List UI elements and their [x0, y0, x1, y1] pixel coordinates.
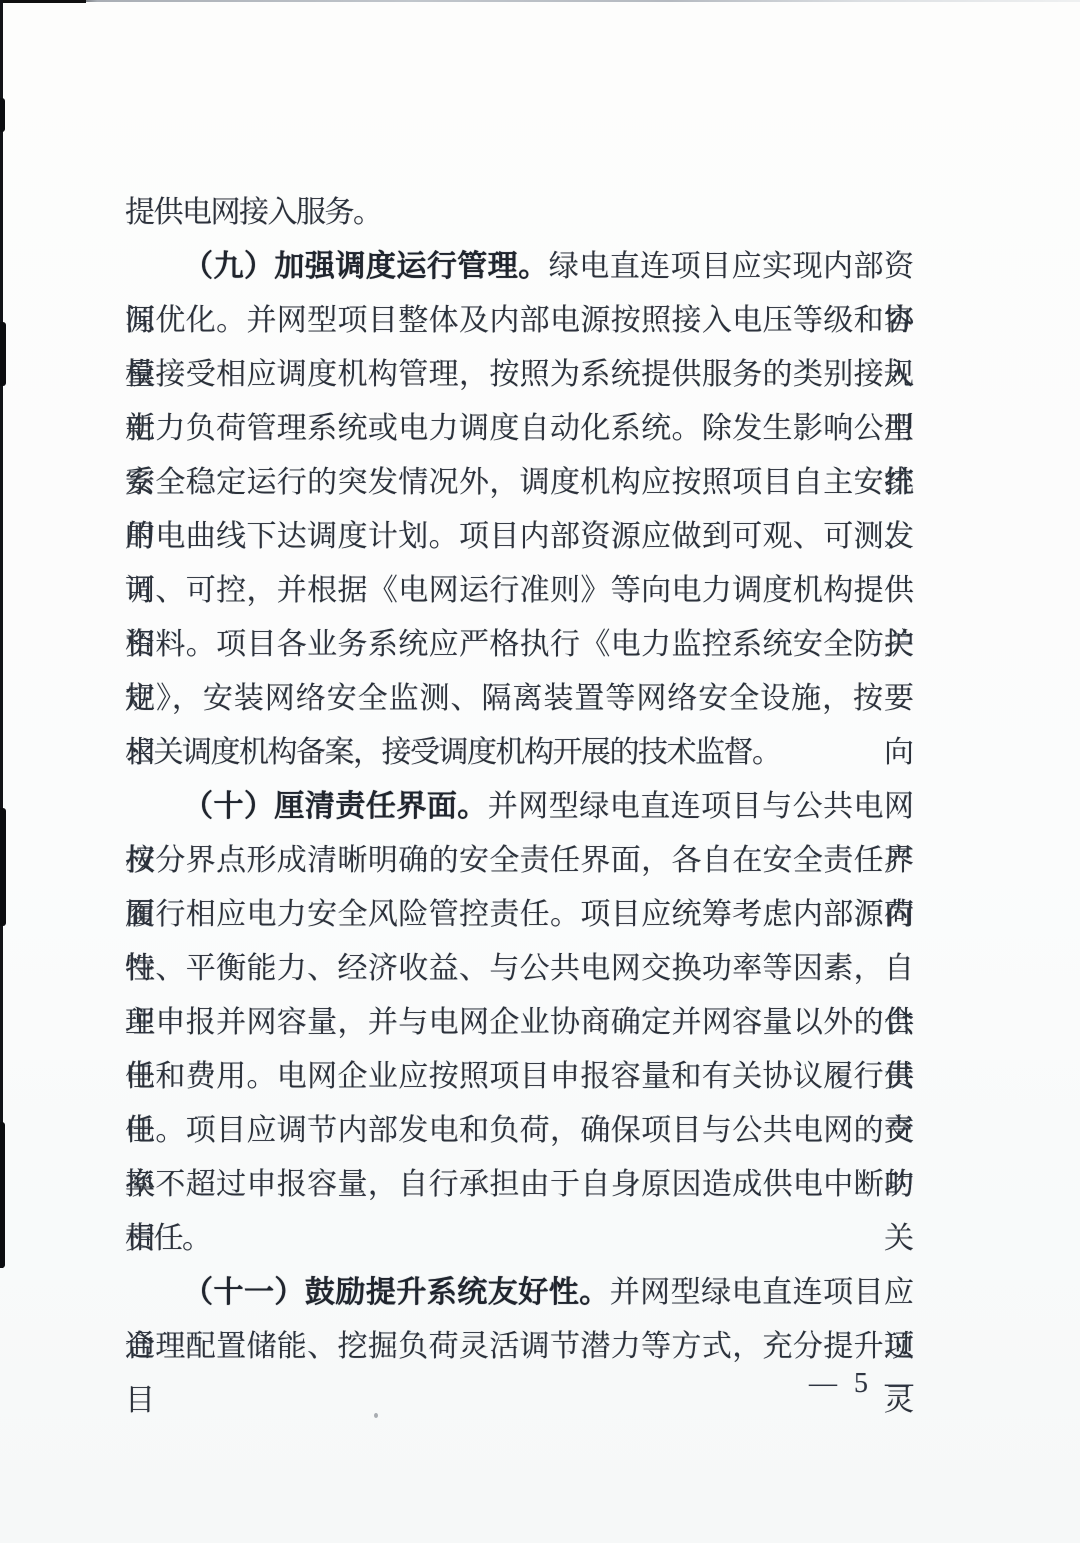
text-line: 定》，安装网络安全监测、隔离装置等网络安全设施，按要求向 [125, 672, 914, 726]
text-line-section-heading: （十）厘清责任界面。并网型绿电直连项目与公共电网按产 [125, 780, 914, 834]
section-heading-label: （十一）鼓励提升系统友好性。 [183, 1276, 610, 1309]
text-line: 同优化。并网型项目整体及内部电源按照接入电压等级和容量规 [125, 294, 914, 348]
scan-artifact-left-blotch [0, 808, 6, 926]
text-line-section-heading: （九）加强调度运行管理。绿电直连项目应实现内部资源协 [125, 240, 914, 294]
text-line: 调、可控，并根据《电网运行准则》等向电力调度机构提供相关 [125, 564, 914, 618]
document-lines: 提供电网接入服务。（九）加强调度运行管理。绿电直连项目应实现内部资源协同优化。并… [125, 186, 914, 1374]
scan-artifact-left-edge [0, 0, 3, 1268]
scan-artifact-left-blotch [0, 322, 6, 386]
page-number: — 5 — [125, 1364, 914, 1404]
scan-artifact-top-edge [0, 0, 1080, 2]
text-line: 理申报并网容量，并与电网企业协商确定并网容量以外的供电责 [125, 996, 914, 1050]
text-line: 电力负荷管理系统或电力调度自动化系统。除发生影响公用系统 [125, 402, 914, 456]
scanned-document-page: 提供电网接入服务。（九）加强调度运行管理。绿电直连项目应实现内部资源协同优化。并… [0, 0, 1080, 1543]
scan-artifact-top-left-corner [0, 0, 86, 3]
text-line: 安全稳定运行的突发情况外，调度机构应按照项目自主安排的发 [125, 456, 914, 510]
text-line: 提供电网接入服务。 [125, 186, 914, 240]
text-line: 性、平衡能力、经济收益、与公共电网交换功率等因素，自主合 [125, 942, 914, 996]
text-line: 模接受相应调度机构管理，按照为系统提供服务的类别接入新型 [125, 348, 914, 402]
text-line: 任。项目应调节内部发电和负荷，确保项目与公共电网的交换功 [125, 1104, 914, 1158]
text-line-section-heading: （十一）鼓励提升系统友好性。并网型绿电直连项目应通过 [125, 1266, 914, 1320]
text-line: 率不超过申报容量，自行承担由于自身原因造成供电中断的相关 [125, 1158, 914, 1212]
text-line: 履行相应电力安全风险管控责任。项目应统筹考虑内部源荷特 [125, 888, 914, 942]
section-heading-label: （十）厘清责任界面。 [183, 790, 488, 823]
scan-artifact-left-blotch [0, 1122, 5, 1268]
text-line: 权分界点形成清晰明确的安全责任界面，各自在安全责任界面内 [125, 834, 914, 888]
scan-artifact-left-blotch [0, 98, 5, 132]
text-line: 资料。项目各业务系统应严格执行《电力监控系统安全防护规 [125, 618, 914, 672]
text-line: 任和费用。电网企业应按照项目申报容量和有关协议履行供电责 [125, 1050, 914, 1104]
text-line: 用电曲线下达调度计划。项目内部资源应做到可观、可测、可 [125, 510, 914, 564]
section-heading-label: （九）加强调度运行管理。 [183, 250, 549, 283]
